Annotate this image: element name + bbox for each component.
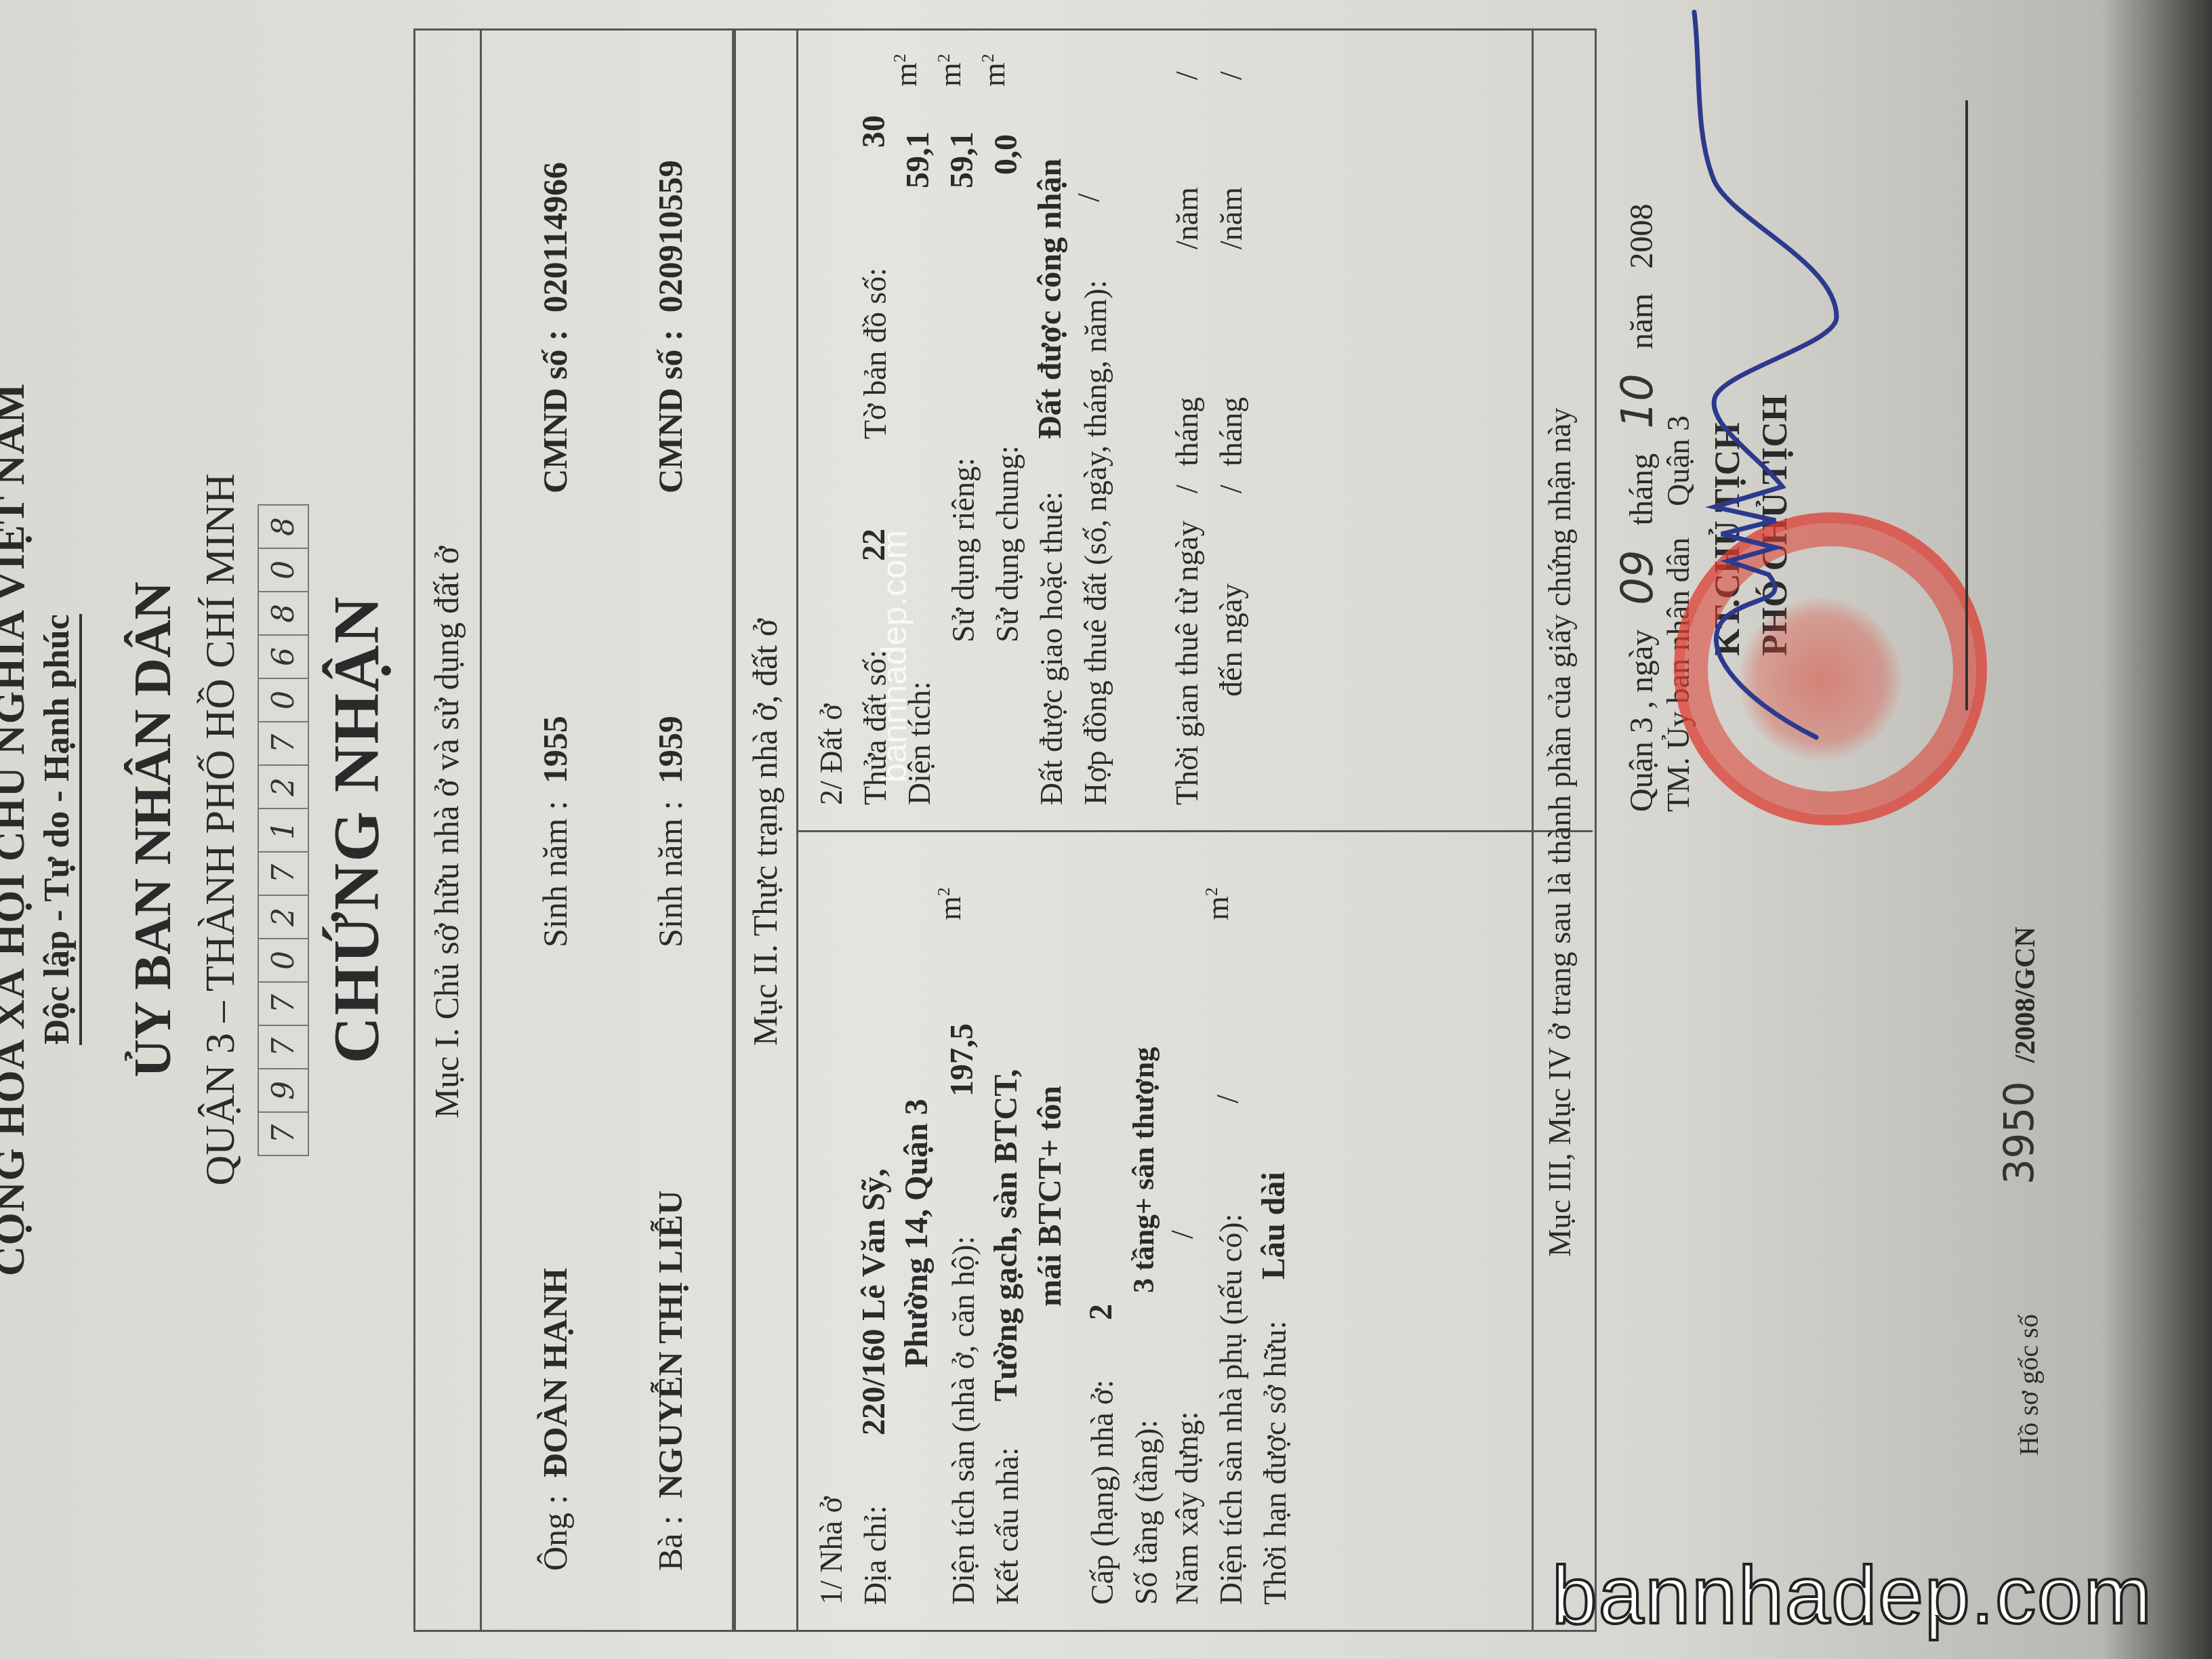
serial-digit: 6 [258,634,309,679]
serial-digit: 7 [258,851,309,896]
certificate-document: CỘNG HÒA XÃ HỘI CHỦ NGHĨA VIỆT NAM Độc l… [0,0,2212,1659]
owner-2: Bà : NGUYỄN THỊ LIỄU [651,1190,690,1571]
structure-line1: Tường gạch, sàn BTCT, [987,1069,1025,1401]
shared-use-unit: m2 [976,54,1012,87]
section-property-title: Mục II. Thực trạng nhà ở, đất ở [745,5,785,1659]
address-label: Địa chỉ: [857,1505,893,1605]
lease-from-label: Thời gian thuê từ ngày [1169,520,1205,805]
grade-value: 2 [1082,1304,1120,1320]
footer-note: Mục III, Mục IV ở trang sau là thành phầ… [1542,5,1578,1659]
lease-to-day: / [1213,485,1249,493]
record-label: Hồ sơ gốc số [2013,1314,2045,1456]
signature-icon [1613,0,1965,778]
private-use-unit: m2 [932,54,968,87]
locality-name: QUẬN 3 – THÀNH PHỐ HỒ CHÍ MINH [197,0,245,1659]
private-use-label: Sử dụng riêng: [945,457,981,642]
serial-digit: 1 [258,808,309,853]
serial-digit: 7 [258,1111,309,1156]
lease-contract-value: / [1071,193,1107,202]
map-value: 30 [855,115,893,148]
owner-2-name: NGUYỄN THỊ LIỄU [651,1190,689,1498]
land-heading: 2/ Đất ở [813,703,849,805]
grade-label: Cấp (hạng) nhà ở: [1084,1380,1120,1605]
aux-area-value: / [1210,1094,1246,1103]
land-area-value: 59,1 [899,131,937,188]
serial-digit: 8 [258,504,309,549]
national-motto: Độc lập - Tự do - Hạnh phúc [37,0,77,1659]
shared-use-value: 0,0 [987,134,1025,175]
serial-digit: 9 [258,1068,309,1113]
serial-digit: 2 [258,895,309,939]
record-suffix: /2008/GCN [2009,926,2042,1063]
serial-digit: 0 [258,938,309,983]
watermark-center: bannhadep.com [874,530,915,783]
column-divider [798,830,1593,832]
year-built-value: / [1164,1230,1200,1239]
floors-label: Số tầng (tầng): [1128,1420,1164,1605]
serial-digit: 7 [258,721,309,766]
year-built-label: Năm xây dựng: [1169,1411,1205,1605]
lease-from-year-label: /năm [1169,187,1205,249]
address-line2: Phường 14, Quận 3 [898,1099,935,1368]
lease-to-label: đến ngày [1213,583,1249,697]
agency-name: ỦY BAN NHÂN DÂN [122,0,183,1659]
document-title: CHỨNG NHẬN [319,0,394,1659]
floor-area-value: 197,5 [943,1023,981,1097]
land-area-unit: m2 [888,54,924,87]
country-header: CỘNG HÒA XÃ HỘI CHỦ NGHĨA VIỆT NAM [0,0,35,1659]
lease-from-day: / [1169,485,1205,493]
map-label: Tờ bản đồ số: [857,268,893,439]
serial-digit: 8 [258,591,309,636]
floor-area-label: Diện tích sàn (nhà ở, căn hộ): [945,1236,981,1605]
serial-digit: 0 [258,548,309,592]
serial-digit: 2 [258,764,309,809]
lease-to-year: / [1213,71,1249,80]
serial-number: 797702712706808 [258,0,309,1659]
structure-label: Kết cấu nhà: [989,1448,1025,1605]
aux-area-label: Diện tích sàn nhà phụ (nếu có): [1213,1214,1249,1605]
term-value: Lâu dài [1255,1172,1292,1279]
shared-use-label: Sử dụng chung: [989,445,1025,642]
lease-from-year: / [1169,71,1205,80]
allocation-label: Đất được giao hoặc thuê: [1033,491,1069,805]
lease-from-month-label: tháng [1169,397,1205,466]
serial-digit: 7 [258,1025,309,1069]
lease-to-month-label: tháng [1213,397,1249,466]
aux-area-unit: m2 [1200,887,1235,920]
section-owners-title: Mục I. Chủ sở hữu nhà ở và sử dụng đất ở [427,5,466,1659]
address-line1: 220/160 Lê Văn Sỹ, [855,1168,893,1435]
record-number: 3950 [1996,1081,2043,1185]
term-label: Thời hạn được sở hữu: [1257,1321,1293,1605]
private-use-value: 59,1 [943,131,981,188]
lease-contract-label: Hợp đồng thuê đất (số, ngày, tháng, năm)… [1078,280,1113,805]
serial-digit: 0 [258,678,309,722]
serial-digit: 7 [258,981,309,1026]
floors-value: 3 tầng+ sân thượng [1126,1047,1161,1293]
owner-1: Ông : ĐOÀN HẠNH [535,1268,575,1571]
allocation-value: Đất được công nhận [1031,159,1069,439]
owner-1-name: ĐOÀN HẠNH [536,1268,574,1478]
divider-line [1965,100,1968,710]
owner-1-birth: Sinh năm : 1955 [535,716,575,947]
owner-1-id: CMND số : 020114966 [535,162,575,493]
owner-2-id: CMND số : 020910559 [651,160,690,493]
house-heading: 1/ Nhà ở [813,1496,849,1605]
lease-to-year-label: /năm [1213,187,1249,249]
watermark-corner: bannhadep.com [1552,1549,2153,1642]
floor-area-unit: m2 [932,887,968,920]
structure-line2: mái BTCT+ tôn [1031,1086,1069,1307]
owner-2-birth: Sinh năm : 1959 [651,716,690,947]
